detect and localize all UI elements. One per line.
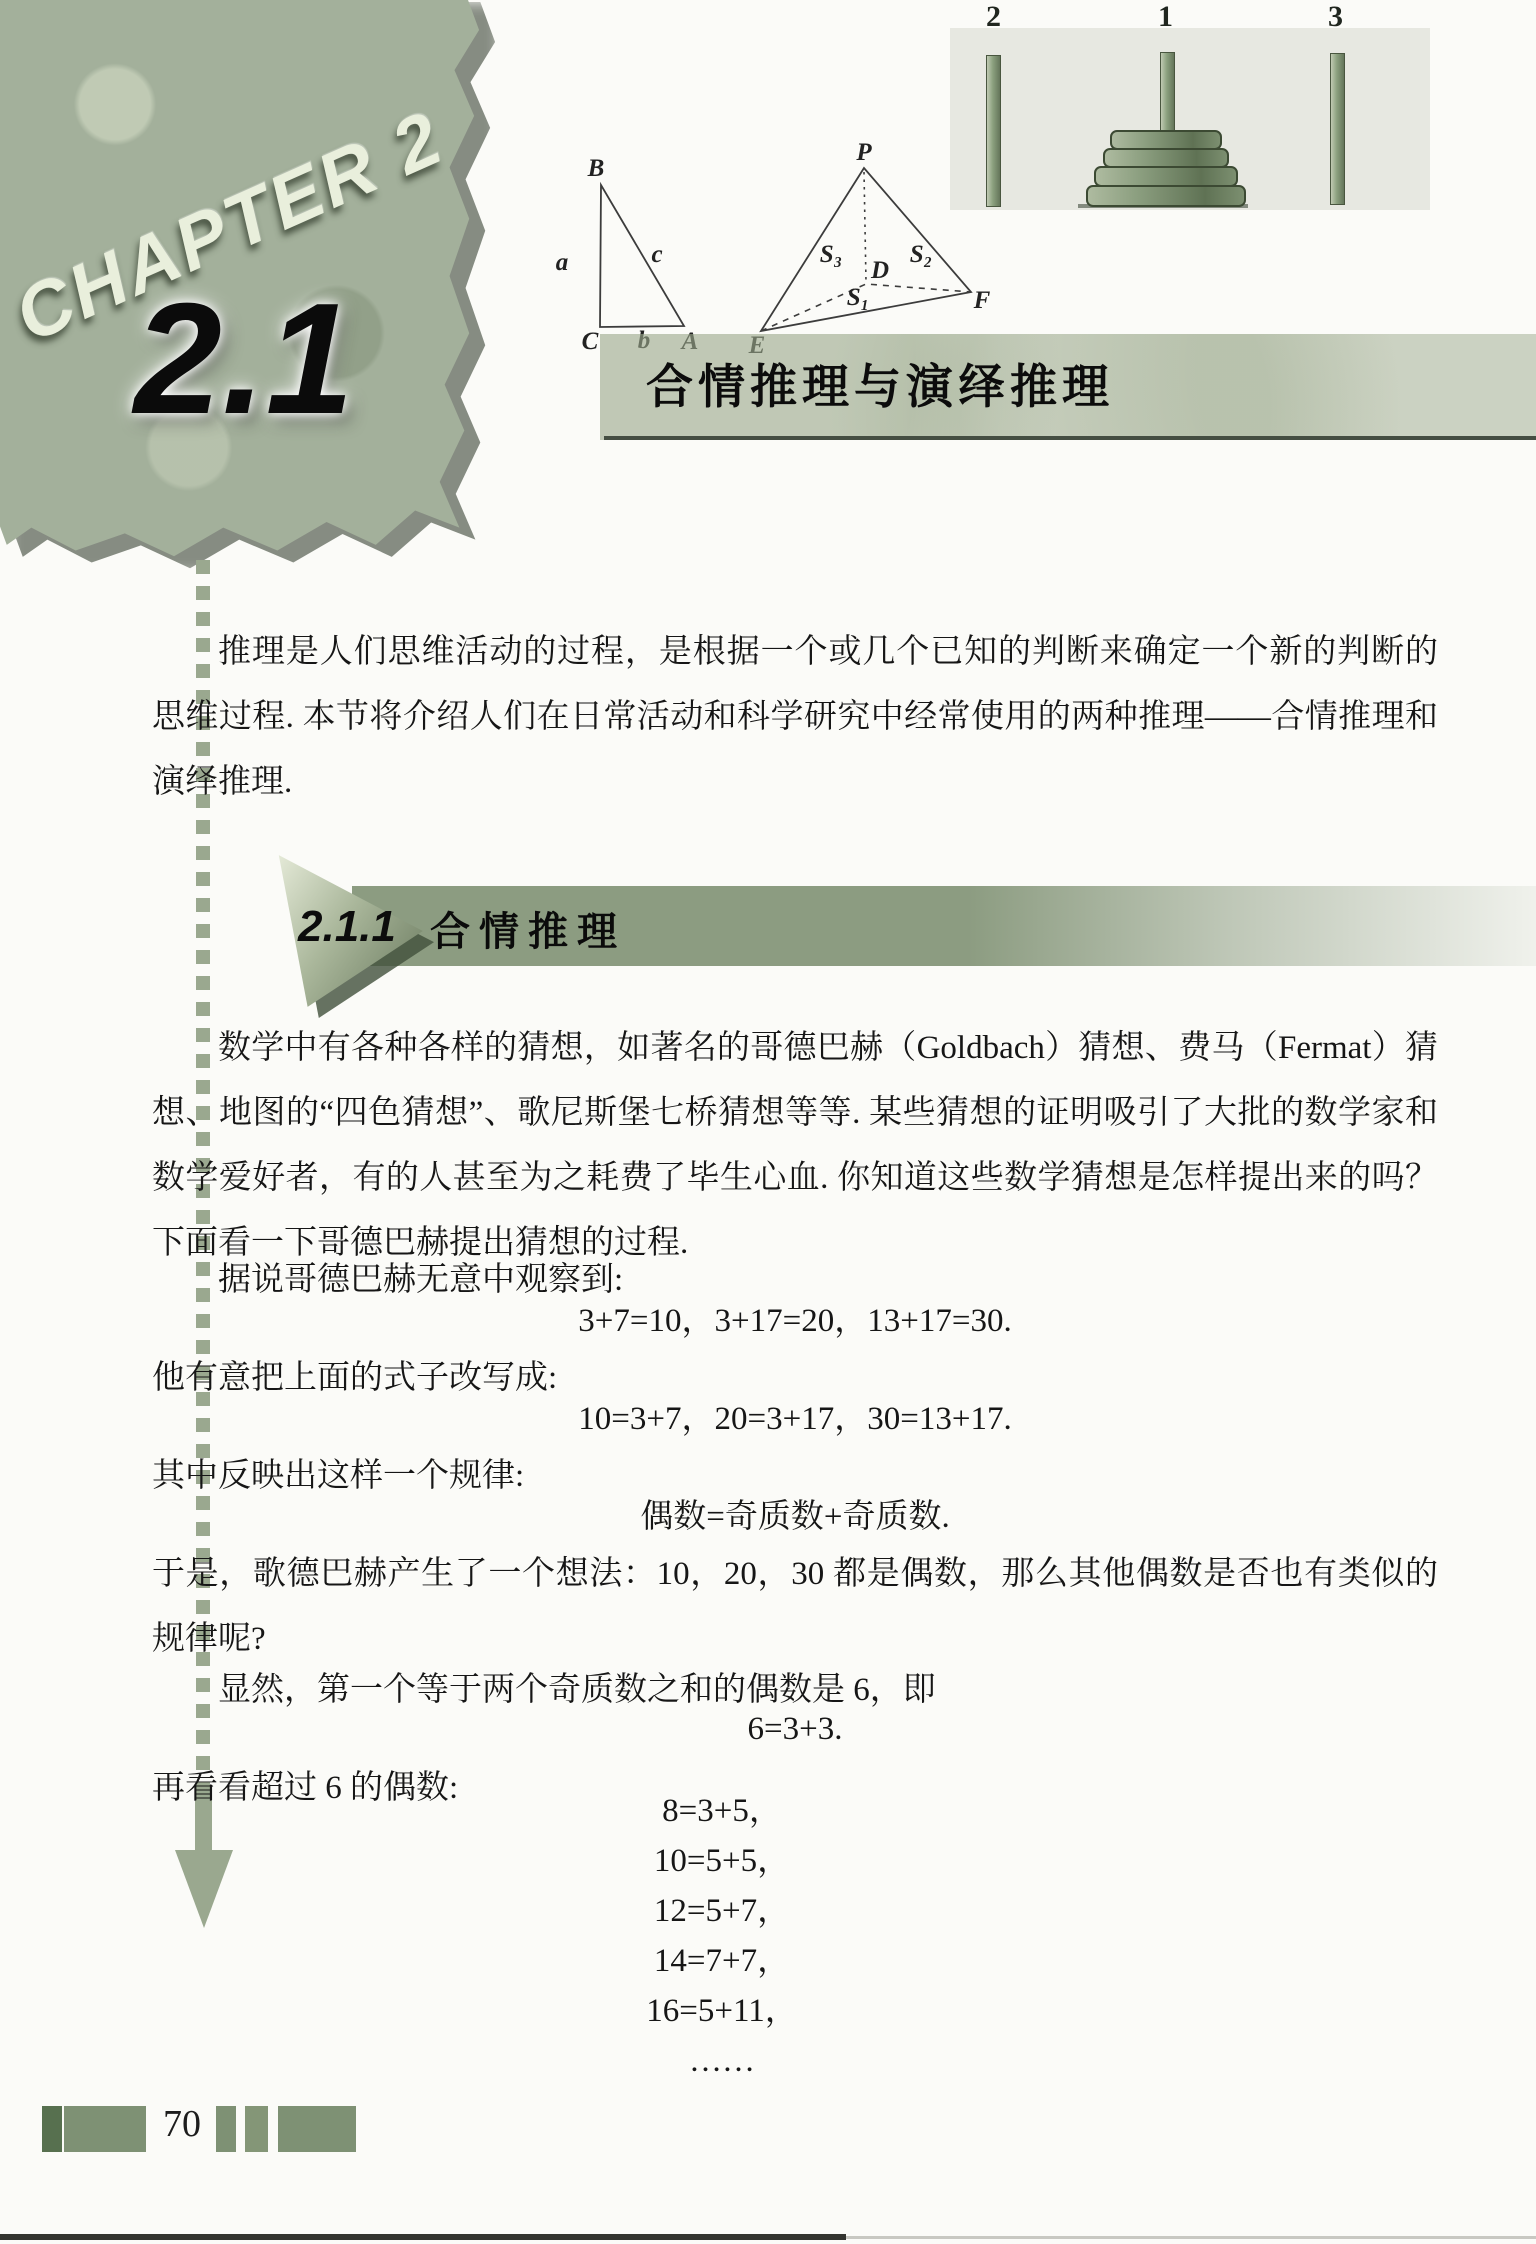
bottom-rule-light (846, 2236, 1536, 2239)
footer-block-5 (278, 2106, 356, 2152)
footer-block-1 (42, 2106, 62, 2152)
equation-ellipsis: …… (152, 2038, 1292, 2088)
page-title: 合情推理与演绎推理 (646, 350, 1114, 417)
footer-block-4 (245, 2106, 268, 2152)
equation-rewritten: 10=3+7，20=3+17，30=13+17. (152, 1394, 1438, 1444)
tetra-vertex-F: F (973, 287, 991, 314)
triangle-side-c: c (651, 241, 662, 268)
tetrahedron-diagram: P E F D S₃ S₂ S₁ (748, 139, 991, 359)
equation-six: 6=3+3. (152, 1704, 1438, 1754)
equation-observations: 3+7=10，3+17=20，13+17=30. (152, 1296, 1438, 1346)
triangle-vertex-B: B (587, 155, 605, 182)
intro-paragraph: 推理是人们思维活动的过程，是根据一个或几个已知的判断来确定一个新的判断的思维过程… (152, 620, 1438, 815)
footer-block-3 (216, 2106, 236, 2152)
equation-8: 8=3+5， (152, 1788, 1292, 1838)
title-rule (604, 436, 1536, 440)
equation-list: 8=3+5， 10=5+5， 12=5+7， 14=7+7， 16=5+11， … (152, 1788, 1292, 2088)
tetra-face-S3: S₃ (820, 241, 843, 268)
subsection-title: 合情推理 (430, 900, 626, 957)
bottom-rule-dark (0, 2234, 846, 2240)
equation-10: 10=5+5， (152, 1838, 1292, 1888)
footer-block-2 (64, 2106, 146, 2152)
page-number: 70 (150, 2102, 214, 2146)
tetra-point-D: D (870, 257, 889, 284)
tetra-vertex-P: P (855, 139, 872, 166)
triangle-side-a: a (556, 249, 569, 276)
equation-12: 12=5+7， (152, 1888, 1292, 1938)
triangle-diagram: B C A a b c (556, 155, 699, 355)
textbook-page: CHAPTER 2 2.1 2 1 3 B C A a b c (0, 0, 1536, 2244)
subsection-number: 2.1.1 (298, 902, 396, 952)
equation-16: 16=5+11， (152, 1988, 1292, 2038)
paragraph-conjectures: 数学中有各种各样的猜想，如著名的哥德巴赫（Goldbach）猜想、费马（Ferm… (152, 1016, 1438, 1276)
equation-even-odd-primes: 偶数=奇质数+奇质数. (152, 1492, 1438, 1542)
triangle-vertex-C: C (582, 328, 599, 355)
equation-14: 14=7+7， (152, 1938, 1292, 1988)
tetra-face-S1: S₁ (847, 284, 870, 311)
paragraph-idea: 于是，歌德巴赫产生了一个想法：10，20，30 都是偶数，那么其他偶数是否也有类… (152, 1542, 1438, 1672)
tetra-face-S2: S₂ (910, 241, 933, 268)
